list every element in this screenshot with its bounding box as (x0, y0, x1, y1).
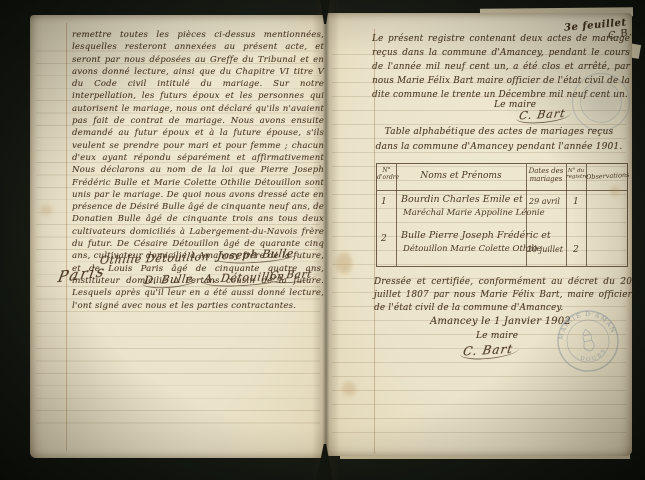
right-page: 3e feuillet Le présent registre contenan… (326, 13, 632, 456)
faint-stamp-inner-ring (580, 81, 622, 123)
faint-mairie-stamp (572, 73, 630, 131)
table-header-rule (377, 190, 627, 191)
stamp-emblem-figure (580, 328, 595, 352)
table-row2-names-line1: Bulle Pierre Joseph Frédéric et (401, 230, 551, 241)
left-page: remettre toutes les pièces ci-dessus men… (30, 15, 326, 458)
table-row2-order: 2 (381, 234, 387, 244)
column-header-names: Noms et Prénoms (396, 172, 526, 182)
table-title: Table alphabétique des actes de mariages… (372, 125, 626, 154)
table-row2-date: 20 juillet (527, 245, 563, 254)
svg-text:DOUBS: DOUBS (577, 346, 610, 365)
stamp-arc-bottom-text: DOUBS (577, 346, 610, 365)
mairie-amancey-round-stamp: MAIRIE D'AMANCEY DOUBS (545, 298, 630, 383)
mayor-signature-bottom: C. Bart (459, 341, 520, 360)
table-row1-date: 29 avril (529, 197, 560, 206)
margin-rule-left-page (66, 23, 67, 451)
column-header-register-line2: registre (566, 174, 586, 180)
mayor-signature-top: C. Bart (515, 106, 573, 124)
marriages-index-table: N° d'ordre Noms et Prénoms Dates des mar… (376, 163, 628, 267)
column-header-order-line2: d'ordre (377, 175, 396, 182)
table-row2-names-line2: Détouillon Marie Colette Othilie (403, 244, 542, 254)
le-maire-label-bottom: Le maire (476, 331, 518, 341)
column-header-observations: Observations (586, 172, 629, 181)
table-row1-register: 1 (573, 197, 579, 207)
register-scan: remettre toutes les pièces ci-dessus men… (0, 0, 645, 480)
table-row1-order: 1 (381, 197, 387, 207)
column-header-dates: Dates des mariages (526, 168, 566, 183)
table-row1-names-line1: Bourdin Charles Emile et (401, 194, 523, 205)
column-header-register: N° du registre (566, 168, 586, 180)
column-header-dates-line2: mariages (526, 176, 566, 184)
column-header-order: N° d'ordre (377, 168, 396, 181)
table-row1-names-line2: Maréchal Marie Appoline Léonie (403, 208, 545, 218)
table-row2-register: 2 (573, 245, 579, 255)
